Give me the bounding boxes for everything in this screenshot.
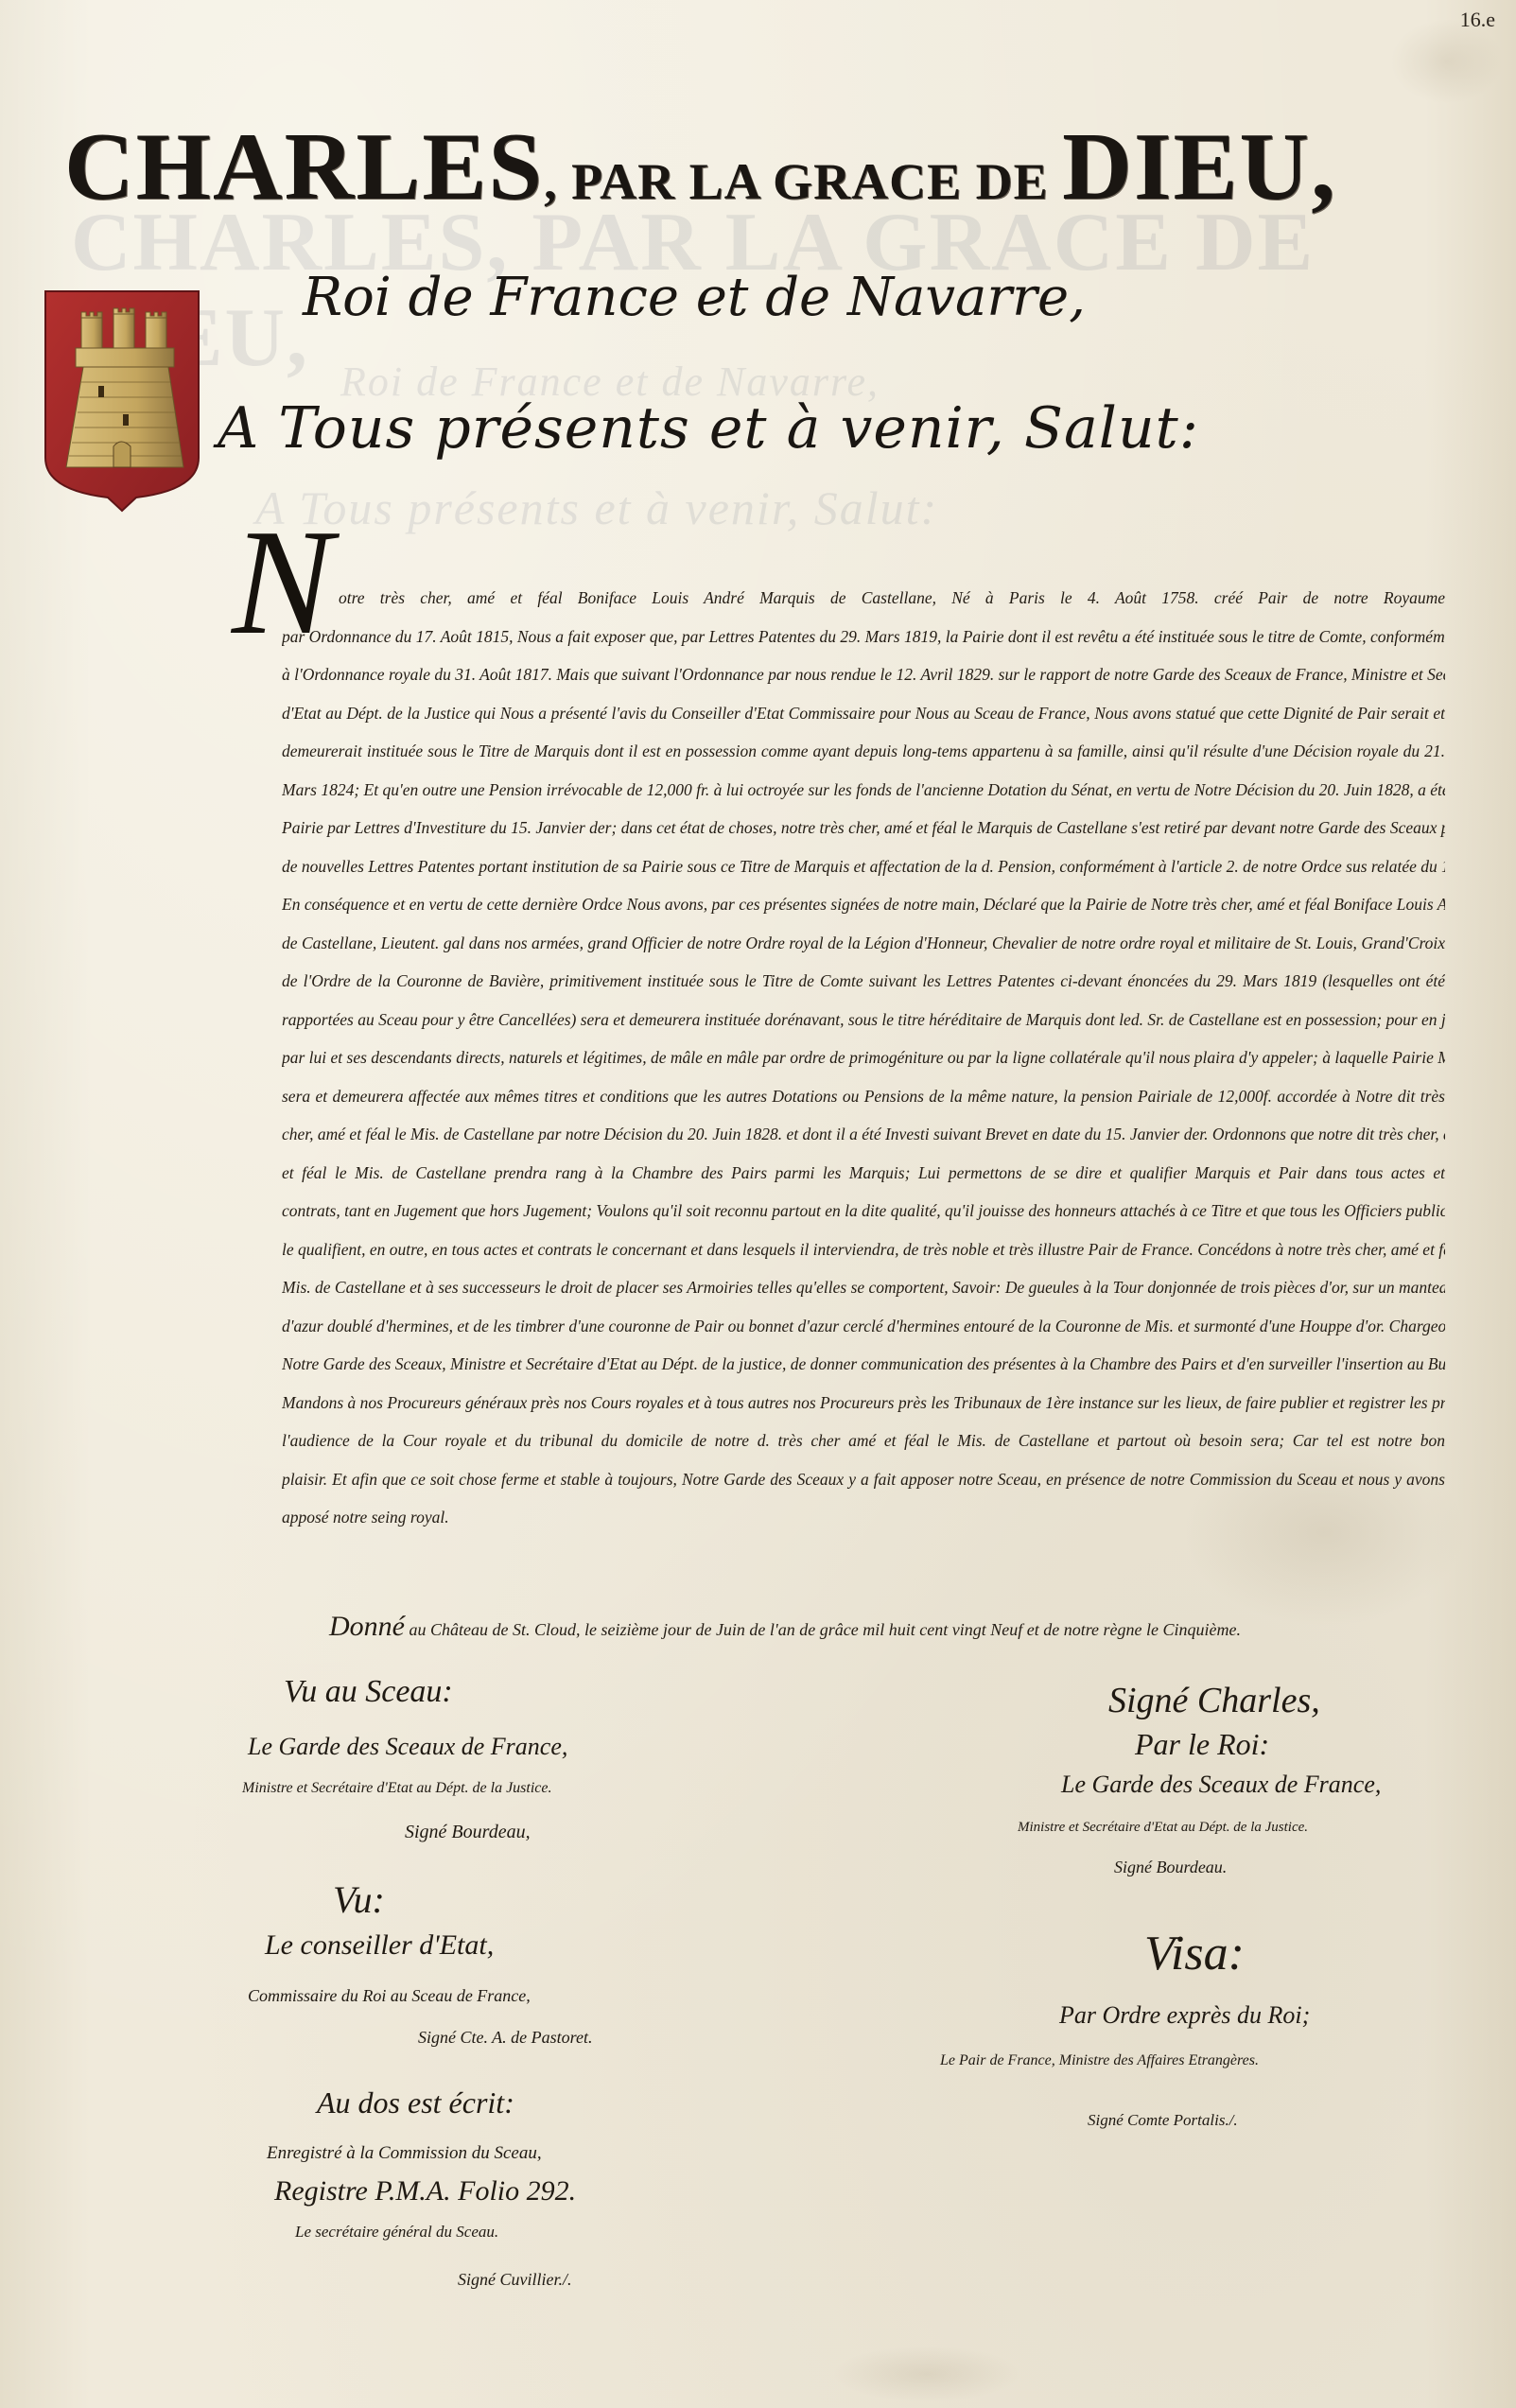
body-line: de nouvelles Lettres Patentes portant in… [282,847,1445,886]
body-line: contrats, tant en Jugement que hors Juge… [282,1192,1445,1230]
body-line: par lui et ses descendants directs, natu… [282,1038,1445,1077]
body-line: de Castellane, Lieutent. gal dans nos ar… [282,924,1445,963]
au-dos-signed: Signé Cuvillier./. [458,2270,572,2290]
folio-number: 16.e [1460,8,1495,32]
king-office: Ministre et Secrétaire d'Etat au Dépt. d… [1018,1820,1308,1836]
given-at-lead: Donné [329,1611,405,1642]
tower-shield-icon [42,288,202,513]
body-line: le qualifient, en outre, en tous actes e… [282,1230,1445,1269]
king-signed-bourdeau: Signé Bourdeau. [1114,1858,1227,1877]
bleed-through-salutation: A Tous présents et à venir, Salut: [255,480,938,535]
au-dos-heading: Au dos est écrit: [317,2085,514,2120]
title-end: , [1311,113,1337,220]
body-line: à l'Ordonnance royale du 31. Août 1817. … [282,655,1445,694]
visa-order: Par Ordre exprès du Roi; [1059,2001,1310,2030]
vu-office: Commissaire du Roi au Sceau de France, [248,1986,531,2006]
vu-au-sceau-signed: Signé Bourdeau, [405,1822,531,1843]
body-line: Notre Garde des Sceaux, Ministre et Secr… [282,1345,1445,1384]
visa-title: Le Pair de France, Ministre des Affaires… [940,2052,1259,2069]
manuscript-page: 16.e CHARLES, PAR LA GRACE DE DIEU, Roi … [0,0,1516,2408]
au-dos-line1: Enregistré à la Commission du Sceau, [267,2143,542,2164]
register-folio: Registre P.M.A. Folio 292. [274,2175,576,2207]
body-text: otre très cher, amé et féal Boniface Lou… [282,579,1445,1537]
body-line: demeurerait instituée sous le Titre de M… [282,732,1445,771]
vu-au-sceau-office: Ministre et Secrétaire d'Etat au Dépt. d… [242,1780,551,1797]
par-le-roi: Par le Roi: [1135,1727,1269,1762]
body-line: Mandons à nos Procureurs généraux près n… [282,1384,1445,1422]
given-at-rest: au Château de St. Cloud, le seizième jou… [405,1620,1241,1639]
king-garde-title: Le Garde des Sceaux de France, [1061,1771,1381,1799]
vu-title: Le conseiller d'Etat, [265,1929,494,1962]
body-line: rapportées au Sceau pour y être Cancellé… [282,1001,1445,1039]
body-line: l'audience de la Cour royale et du tribu… [282,1422,1445,1460]
title-dieu: DIEU [1062,113,1311,220]
salutation: A Tous présents et à venir, Salut: [218,395,1199,462]
paper-stain [832,2346,1021,2402]
visa-heading: Visa: [1144,1926,1245,1981]
body-line: et féal le Mis. de Castellane prendra ra… [282,1154,1445,1193]
vu-heading: Vu: [333,1877,385,1922]
vu-signed: Signé Cte. A. de Pastoret. [418,2028,592,2048]
body-line: apposé notre seing royal. [282,1498,1445,1537]
au-dos-title: Le secrétaire général du Sceau. [295,2223,498,2242]
body-line: cher, amé et féal le Mis. de Castellane … [282,1115,1445,1154]
vu-au-sceau-title: Le Garde des Sceaux de France, [248,1733,567,1761]
body-line: d'azur doublé d'hermines, et de les timb… [282,1307,1445,1346]
body-line: otre très cher, amé et féal Boniface Lou… [282,579,1445,618]
body-line: Mis. de Castellane et à ses successeurs … [282,1268,1445,1307]
body-line: d'Etat au Dépt. de la Justice qui Nous a… [282,694,1445,733]
title-middle: , PAR LA GRACE DE [544,153,1062,210]
document-title: CHARLES, PAR LA GRACE DE DIEU, [64,112,1473,222]
king-signed: Signé Charles, [1108,1680,1320,1721]
body-line: Pairie par Lettres d'Investiture du 15. … [282,809,1445,847]
subtitle-roi: Roi de France et de Navarre, [303,267,1086,328]
body-line: plaisir. Et afin que ce soit chose ferme… [282,1460,1445,1499]
body-line: sera et demeurera affectée aux mêmes tit… [282,1077,1445,1116]
vu-au-sceau-heading: Vu au Sceau: [284,1674,453,1710]
body-line: Mars 1824; Et qu'en outre une Pension ir… [282,771,1445,810]
given-at-line: Donné au Château de St. Cloud, le seiziè… [329,1611,1417,1643]
body-line: par Ordonnance du 17. Août 1815, Nous a … [282,618,1445,656]
title-charles: CHARLES [64,113,544,220]
visa-signed: Signé Comte Portalis./. [1088,2111,1238,2130]
body-line: En conséquence et en vertu de cette dern… [282,885,1445,924]
body-line: de l'Ordre de la Couronne de Bavière, pr… [282,962,1445,1001]
